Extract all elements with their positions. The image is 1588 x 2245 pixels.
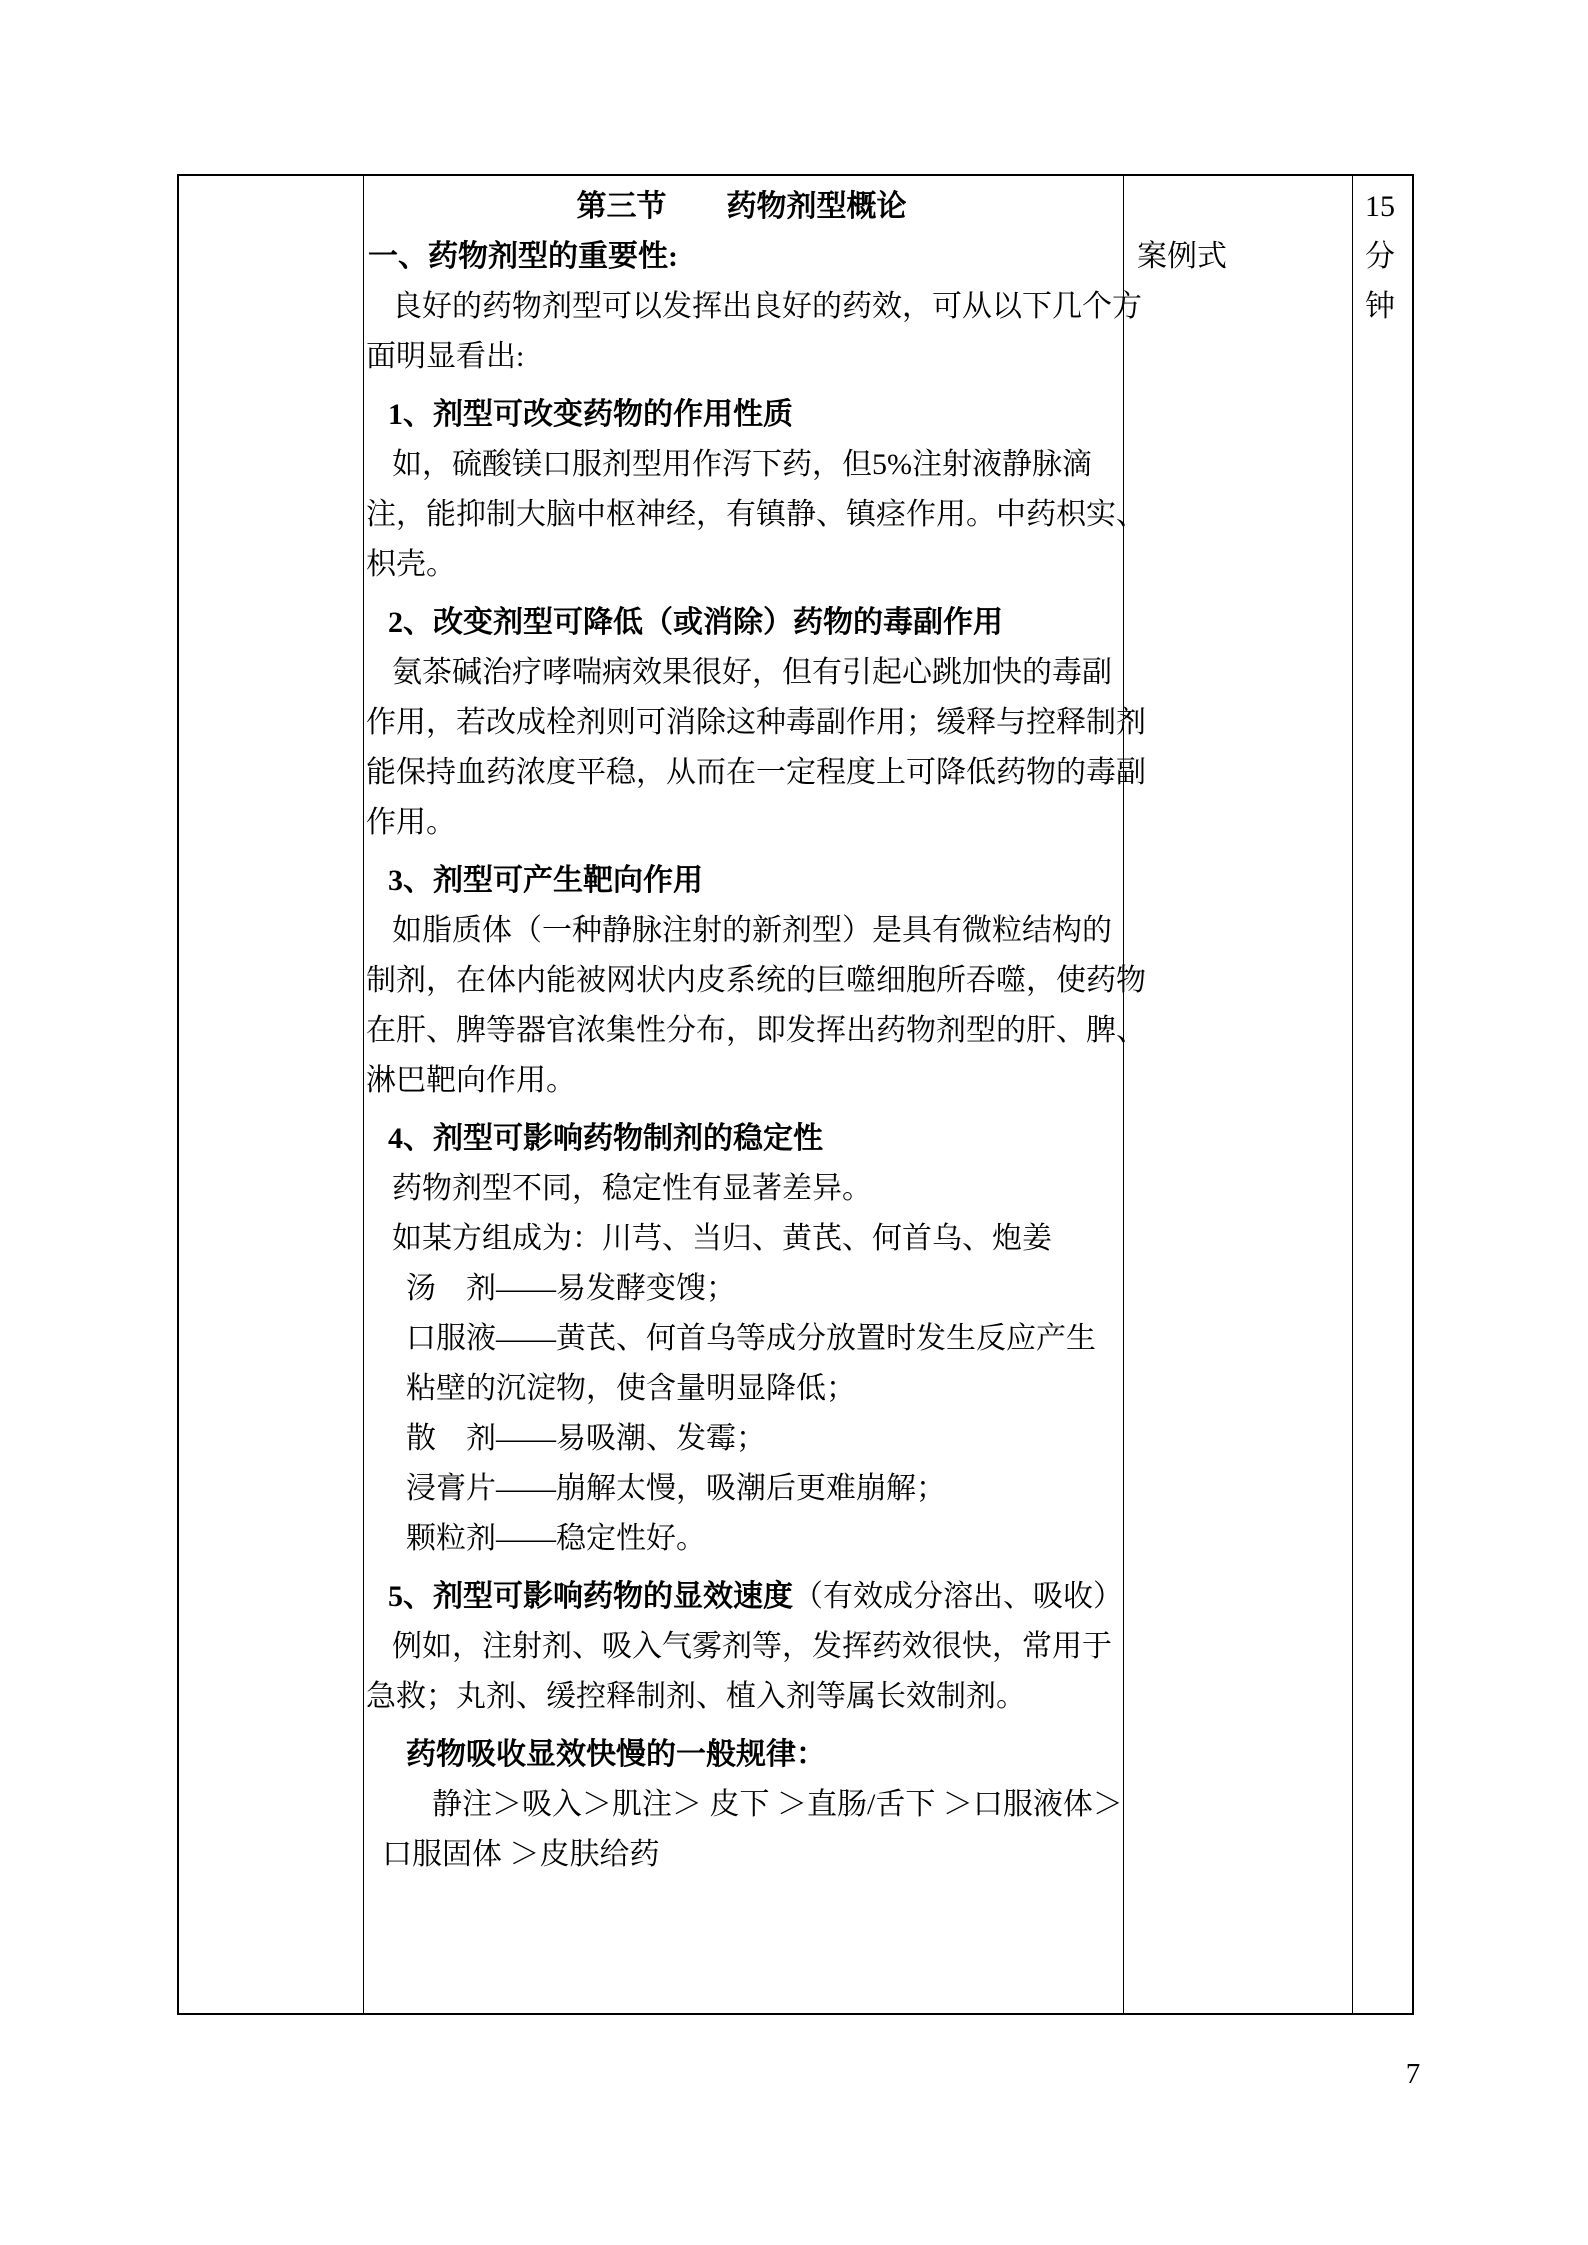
intro-line: 面明显看出:: [366, 332, 1123, 382]
point2-line: 作用，若改成栓剂则可消除这种毒副作用；缓释与控释制剂: [366, 698, 1123, 748]
point1-line: 枳壳。: [366, 540, 1123, 590]
lesson-plan-table: 第三节 药物剂型概论 一、药物剂型的重要性: 良好的药物剂型可以发挥出良好的药效…: [177, 174, 1414, 2015]
duration-minutes-value: 15: [1365, 182, 1412, 232]
section-title: 第三节 药物剂型概论: [366, 182, 1123, 232]
duration-unit-char: 分: [1365, 232, 1412, 282]
teaching-method-label: 案例式: [1137, 232, 1352, 282]
point5-line: 例如，注射剂、吸入气雾剂等，发挥药效很快，常用于: [366, 1622, 1123, 1672]
point1-line: 注，能抑制大脑中枢神经，有镇静、镇痉作用。中药枳实、: [366, 490, 1123, 540]
teaching-method-cell: 案例式: [1123, 176, 1352, 2013]
point3-line: 如脂质体（一种静脉注射的新剂型）是具有微粒结构的: [366, 906, 1123, 956]
dosage-item-oral-liquid: 粘壁的沉淀物，使含量明显降低；: [366, 1364, 1123, 1414]
page-number: 7: [1396, 2052, 1430, 2096]
point2-heading: 2、改变剂型可降低（或消除）药物的毒副作用: [366, 598, 1123, 648]
point3-line: 淋巴靶向作用。: [366, 1056, 1123, 1106]
duration-unit-char: 钟: [1365, 282, 1412, 332]
heading-importance: 一、药物剂型的重要性:: [366, 232, 1123, 282]
absorption-rule-line: 静注＞吸入＞肌注＞ 皮下 ＞直肠/舌下 ＞口服液体＞: [366, 1780, 1123, 1830]
point5-line: 急救；丸剂、缓控释制剂、植入剂等属长效制剂。: [366, 1672, 1123, 1722]
absorption-rule-heading: 药物吸收显效快慢的一般规律：: [366, 1730, 1123, 1780]
point1-heading: 1、剂型可改变药物的作用性质: [366, 390, 1123, 440]
point4-line: 药物剂型不同，稳定性有显著差异。: [366, 1164, 1123, 1214]
point4-line: 如某方组成为：川芎、当归、黄芪、何首乌、炮姜: [366, 1214, 1123, 1264]
point5-heading-note: （有效成分溶出、吸收）: [793, 1580, 1123, 1613]
dosage-item-extract-tablet: 浸膏片——崩解太慢，吸潮后更难崩解；: [366, 1464, 1123, 1514]
empty-spacer-cell: [179, 176, 363, 2013]
point5-heading-bold: 5、剂型可影响药物的显效速度: [388, 1580, 793, 1613]
intro-line: 良好的药物剂型可以发挥出良好的药效，可从以下几个方: [366, 282, 1123, 332]
absorption-rule-line: 口服固体 ＞皮肤给药: [366, 1830, 1123, 1880]
duration-cell: 15 分 钟: [1352, 176, 1412, 2013]
dosage-item-granules: 颗粒剂——稳定性好。: [366, 1514, 1123, 1564]
point2-line: 能保持血药浓度平稳，从而在一定程度上可降低药物的毒副: [366, 748, 1123, 798]
dosage-item-decoction: 汤 剂——易发酵变馊；: [366, 1264, 1123, 1314]
document-page: 第三节 药物剂型概论 一、药物剂型的重要性: 良好的药物剂型可以发挥出良好的药效…: [0, 0, 1588, 2245]
dosage-item-oral-liquid: 口服液——黄芪、何首乌等成分放置时发生反应产生: [366, 1314, 1123, 1364]
point1-line: 如，硫酸镁口服剂型用作泻下药，但5%注射液静脉滴: [366, 440, 1123, 490]
point5-heading: 5、剂型可影响药物的显效速度（有效成分溶出、吸收）: [366, 1572, 1123, 1622]
point2-line: 作用。: [366, 798, 1123, 848]
point3-line: 制剂，在体内能被网状内皮系统的巨噬细胞所吞噬，使药物: [366, 956, 1123, 1006]
point2-line: 氨茶碱治疗哮喘病效果很好，但有引起心跳加快的毒副: [366, 648, 1123, 698]
lesson-content-cell: 第三节 药物剂型概论 一、药物剂型的重要性: 良好的药物剂型可以发挥出良好的药效…: [363, 176, 1123, 2013]
point3-heading: 3、剂型可产生靶向作用: [366, 856, 1123, 906]
dosage-item-powder: 散 剂——易吸潮、发霉；: [366, 1414, 1123, 1464]
point3-line: 在肝、脾等器官浓集性分布，即发挥出药物剂型的肝、脾、: [366, 1006, 1123, 1056]
point4-heading: 4、剂型可影响药物制剂的稳定性: [366, 1114, 1123, 1164]
